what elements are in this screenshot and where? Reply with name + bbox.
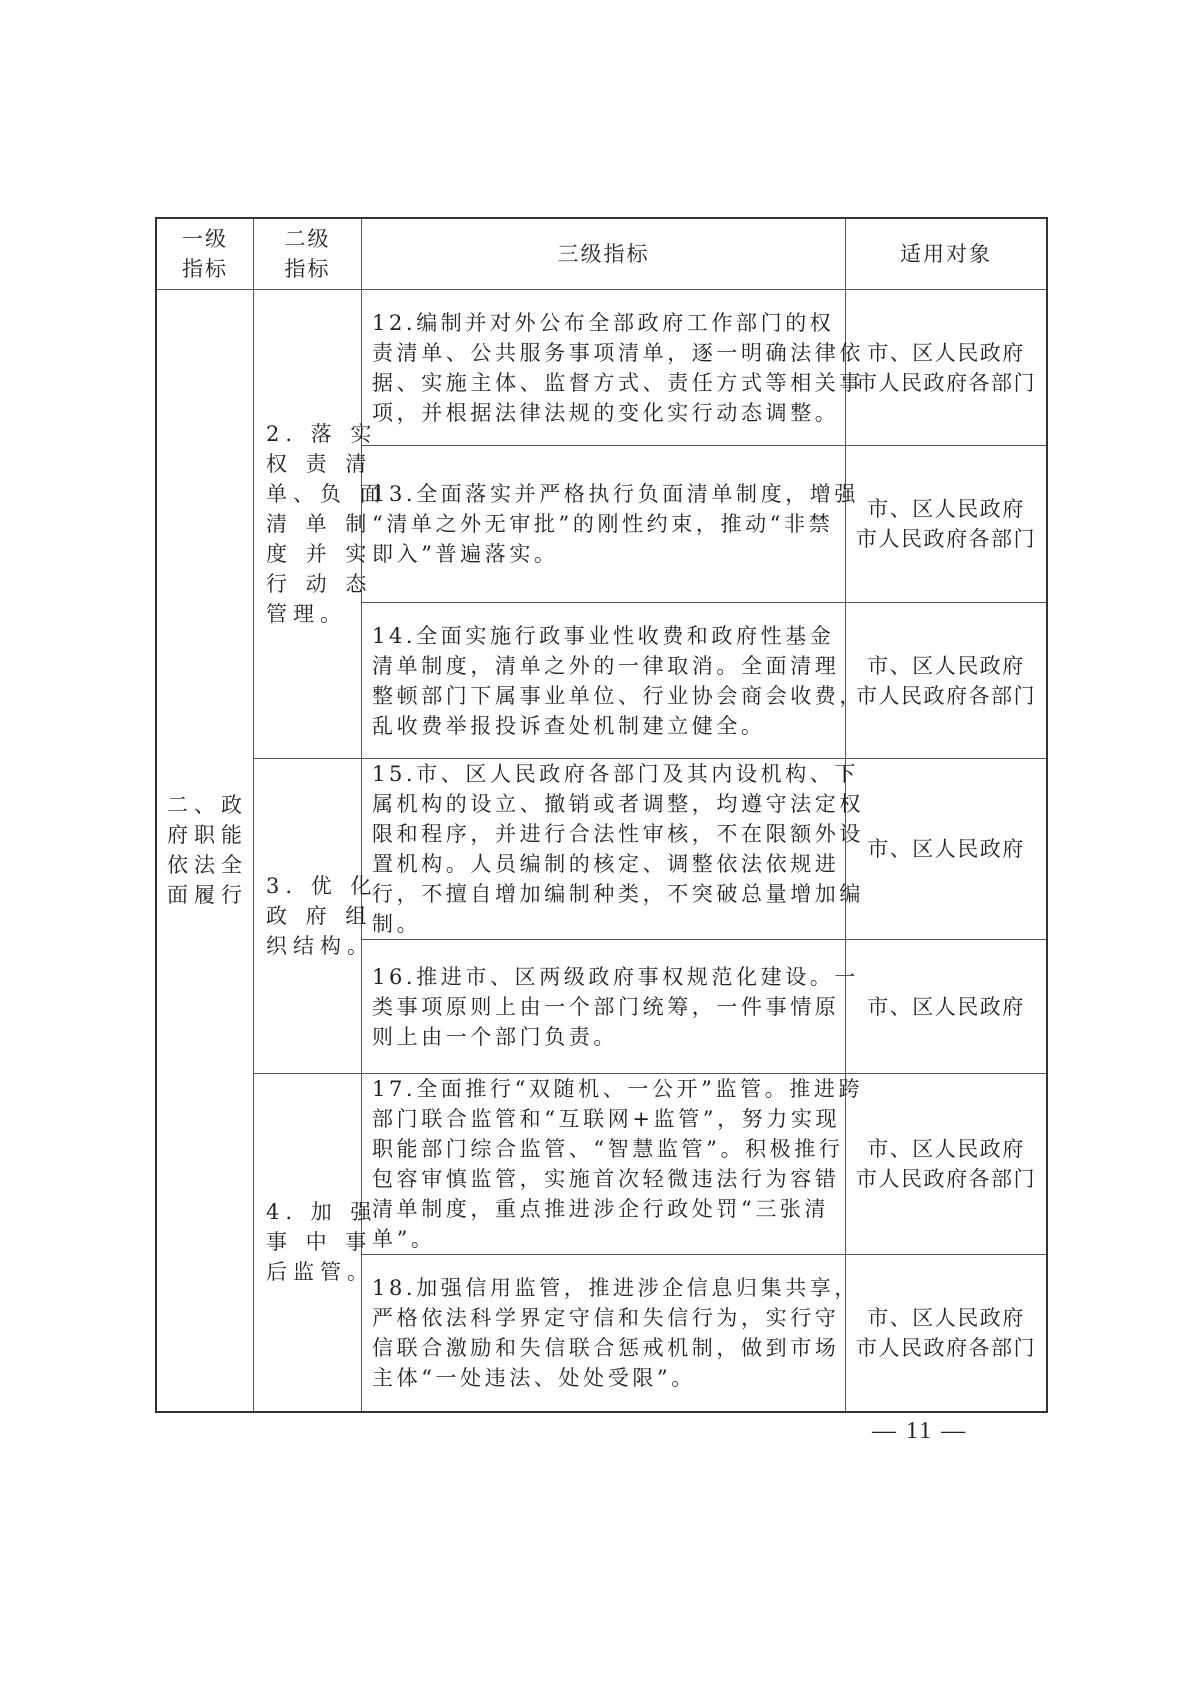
target-17: 市、区人民政府 市人民政府各部门 (846, 1074, 1048, 1255)
target-15: 市、区人民政府 (846, 759, 1048, 940)
table-row: 4. 加 强 事 中 事 后监管。 17.全面推行“双随机、一公开”监管。推进跨… (156, 1074, 1047, 1255)
level2-indicator-3: 3. 优 化 政 府 组 织结构。 (254, 759, 362, 1074)
level3-indicator-15: 15.市、区人民政府各部门及其内设机构、下 属机构的设立、撤销或者调整，均遵守法… (362, 759, 846, 940)
header-level2: 二级 指标 (254, 218, 362, 290)
header-level1: 一级 指标 (156, 218, 254, 290)
header-level3: 三级指标 (362, 218, 846, 290)
page-number: — 11 — (872, 1418, 967, 1445)
level2-indicator-4: 4. 加 强 事 中 事 后监管。 (254, 1074, 362, 1412)
target-12: 市、区人民政府 市人民政府各部门 (846, 290, 1048, 446)
level3-indicator-13: 13.全面落实并严格执行负面清单制度，增强 “清单之外无审批”的刚性约束，推动“… (362, 446, 846, 603)
table-header-row: 一级 指标 二级 指标 三级指标 适用对象 (156, 218, 1047, 290)
target-13: 市、区人民政府 市人民政府各部门 (846, 446, 1048, 603)
level3-indicator-17: 17.全面推行“双随机、一公开”监管。推进跨 部门联合监管和“互联网+监管”，努… (362, 1074, 846, 1255)
level3-indicator-14: 14.全面实施行政事业性收费和政府性基金 清单制度，清单之外的一律取消。全面清理… (362, 603, 846, 759)
target-18: 市、区人民政府 市人民政府各部门 (846, 1255, 1048, 1412)
level3-indicator-18: 18.加强信用监管，推进涉企信息归集共享， 严格依法科学界定守信和失信行为，实行… (362, 1255, 846, 1412)
level2-indicator-2: 2. 落 实 权 责 清 单、负 面 清 单 制 度 并 实 行 动 态 管理。 (254, 290, 362, 759)
level3-indicator-16: 16.推进市、区两级政府事权规范化建设。一 类事项原则上由一个部门统筹，一件事情… (362, 940, 846, 1074)
document-page: 一级 指标 二级 指标 三级指标 适用对象 二、政 府职能 依法全 面履行 (0, 0, 1199, 1696)
level3-indicator-12: 12.编制并对外公布全部政府工作部门的权 责清单、公共服务事项清单，逐一明确法律… (362, 290, 846, 446)
table-row: 3. 优 化 政 府 组 织结构。 15.市、区人民政府各部门及其内设机构、下 … (156, 759, 1047, 940)
target-16: 市、区人民政府 (846, 940, 1048, 1074)
level1-indicator: 二、政 府职能 依法全 面履行 (156, 290, 254, 1412)
indicator-table: 一级 指标 二级 指标 三级指标 适用对象 二、政 府职能 依法全 面履行 (155, 217, 1048, 1413)
header-target: 适用对象 (846, 218, 1048, 290)
table-row: 二、政 府职能 依法全 面履行 2. 落 实 权 责 清 单、负 面 清 单 制… (156, 290, 1047, 446)
target-14: 市、区人民政府 市人民政府各部门 (846, 603, 1048, 759)
